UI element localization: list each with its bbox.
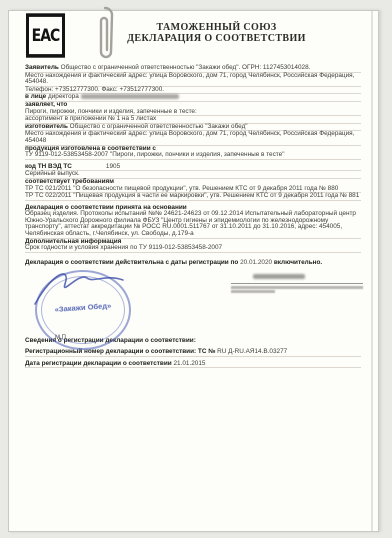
form-line-address1: Место нахождения и фактический адрес: ул… [25,73,361,87]
registration-date-value: 21.01.2015 [173,360,205,367]
basis-value: Образец изделия. Протоколы испытаний №№ … [25,210,356,237]
product1-value: Пироги, пирожки, пончики и изделия, запе… [25,108,197,115]
document-page: ЕАС ТАМОЖЕННЫЙ СОЮЗ ДЕКЛАРАЦИЯ О СООТВЕТ… [8,10,379,532]
manufacturer-label: изготовитель [25,123,68,130]
phone-value: Телефон: +73512777300. Факс: +7351277730… [25,86,164,93]
tnved-value: 1905 [106,164,120,171]
form-line-address2: Место нахождения и фактический адрес: ул… [25,131,361,145]
form-line-extra-text: Срок годности и условия хранения по ТУ 9… [25,245,361,253]
validity-suffix: включительно. [272,259,322,266]
signature-caption-blur-2 [231,290,275,292]
signature-caption-blur-1 [231,286,363,288]
tr2-value: ТР ТС 022/2011 "Пищевая продукция в част… [25,192,359,199]
in-person-label: в лице [25,93,46,100]
scanned-page-edge [371,11,373,531]
registration-date-line: Дата регистрации декларации о соответств… [25,361,361,369]
company-stamp: «Закажи Обед» М.П. [35,270,131,350]
signature-line [231,283,363,284]
signature-region: «Закажи Обед» М.П. [25,266,361,336]
address1-value: Место нахождения и фактический адрес: ул… [25,72,354,86]
validity-date: 20.01.2020 [240,259,272,266]
registration-date-label: Дата регистрации декларации о соответств… [25,360,173,367]
eac-logo: ЕАС [26,13,65,57]
document-body: Заявитель Общество с ограниченной ответс… [9,61,378,368]
registration-number-value: RU Д-RU.АЯ14.В.03277 [217,348,287,355]
manufacturer-value: Общество с ограниченной ответственностью… [68,123,248,130]
tu-value: ТУ 9119-012-53853458-2007 "Пироги, пирож… [25,151,284,158]
address2-value: Место нахождения и фактический адрес: ул… [25,130,354,144]
form-line-tr2: ТР ТС 022/2011 "Пищевая продукция в част… [25,193,361,201]
form-line-tu: ТУ 9119-012-53853458-2007 "Пироги, пирож… [25,152,361,160]
product2-value: ассортимент в приложении № 1 на 5 листах [25,115,156,122]
serial-value: Серийный выпуск. [25,170,80,177]
document-header: ЕАС ТАМОЖЕННЫЙ СОЮЗ ДЕКЛАРАЦИЯ О СООТВЕТ… [9,11,378,61]
tr1-value: ТР ТС 021/2011 "О безопасности пищевой п… [25,185,338,192]
form-line-in-person: в лице директора [25,94,361,102]
extra-value: Срок годности и условия хранения по ТУ 9… [25,244,222,251]
redacted-signatory-name [253,274,305,279]
paperclip-icon [91,2,121,71]
stamp-mp-label: М.П. [55,335,68,342]
redacted-director-name [81,94,179,99]
applicant-label: Заявитель [25,64,59,71]
in-person-value: директора [46,93,80,100]
tnved-label: код ТН ВЭД ТС [25,163,72,170]
form-line-basis-text: Образец изделия. Протоколы испытаний №№ … [25,211,361,238]
signature-squiggle-icon [27,258,137,321]
